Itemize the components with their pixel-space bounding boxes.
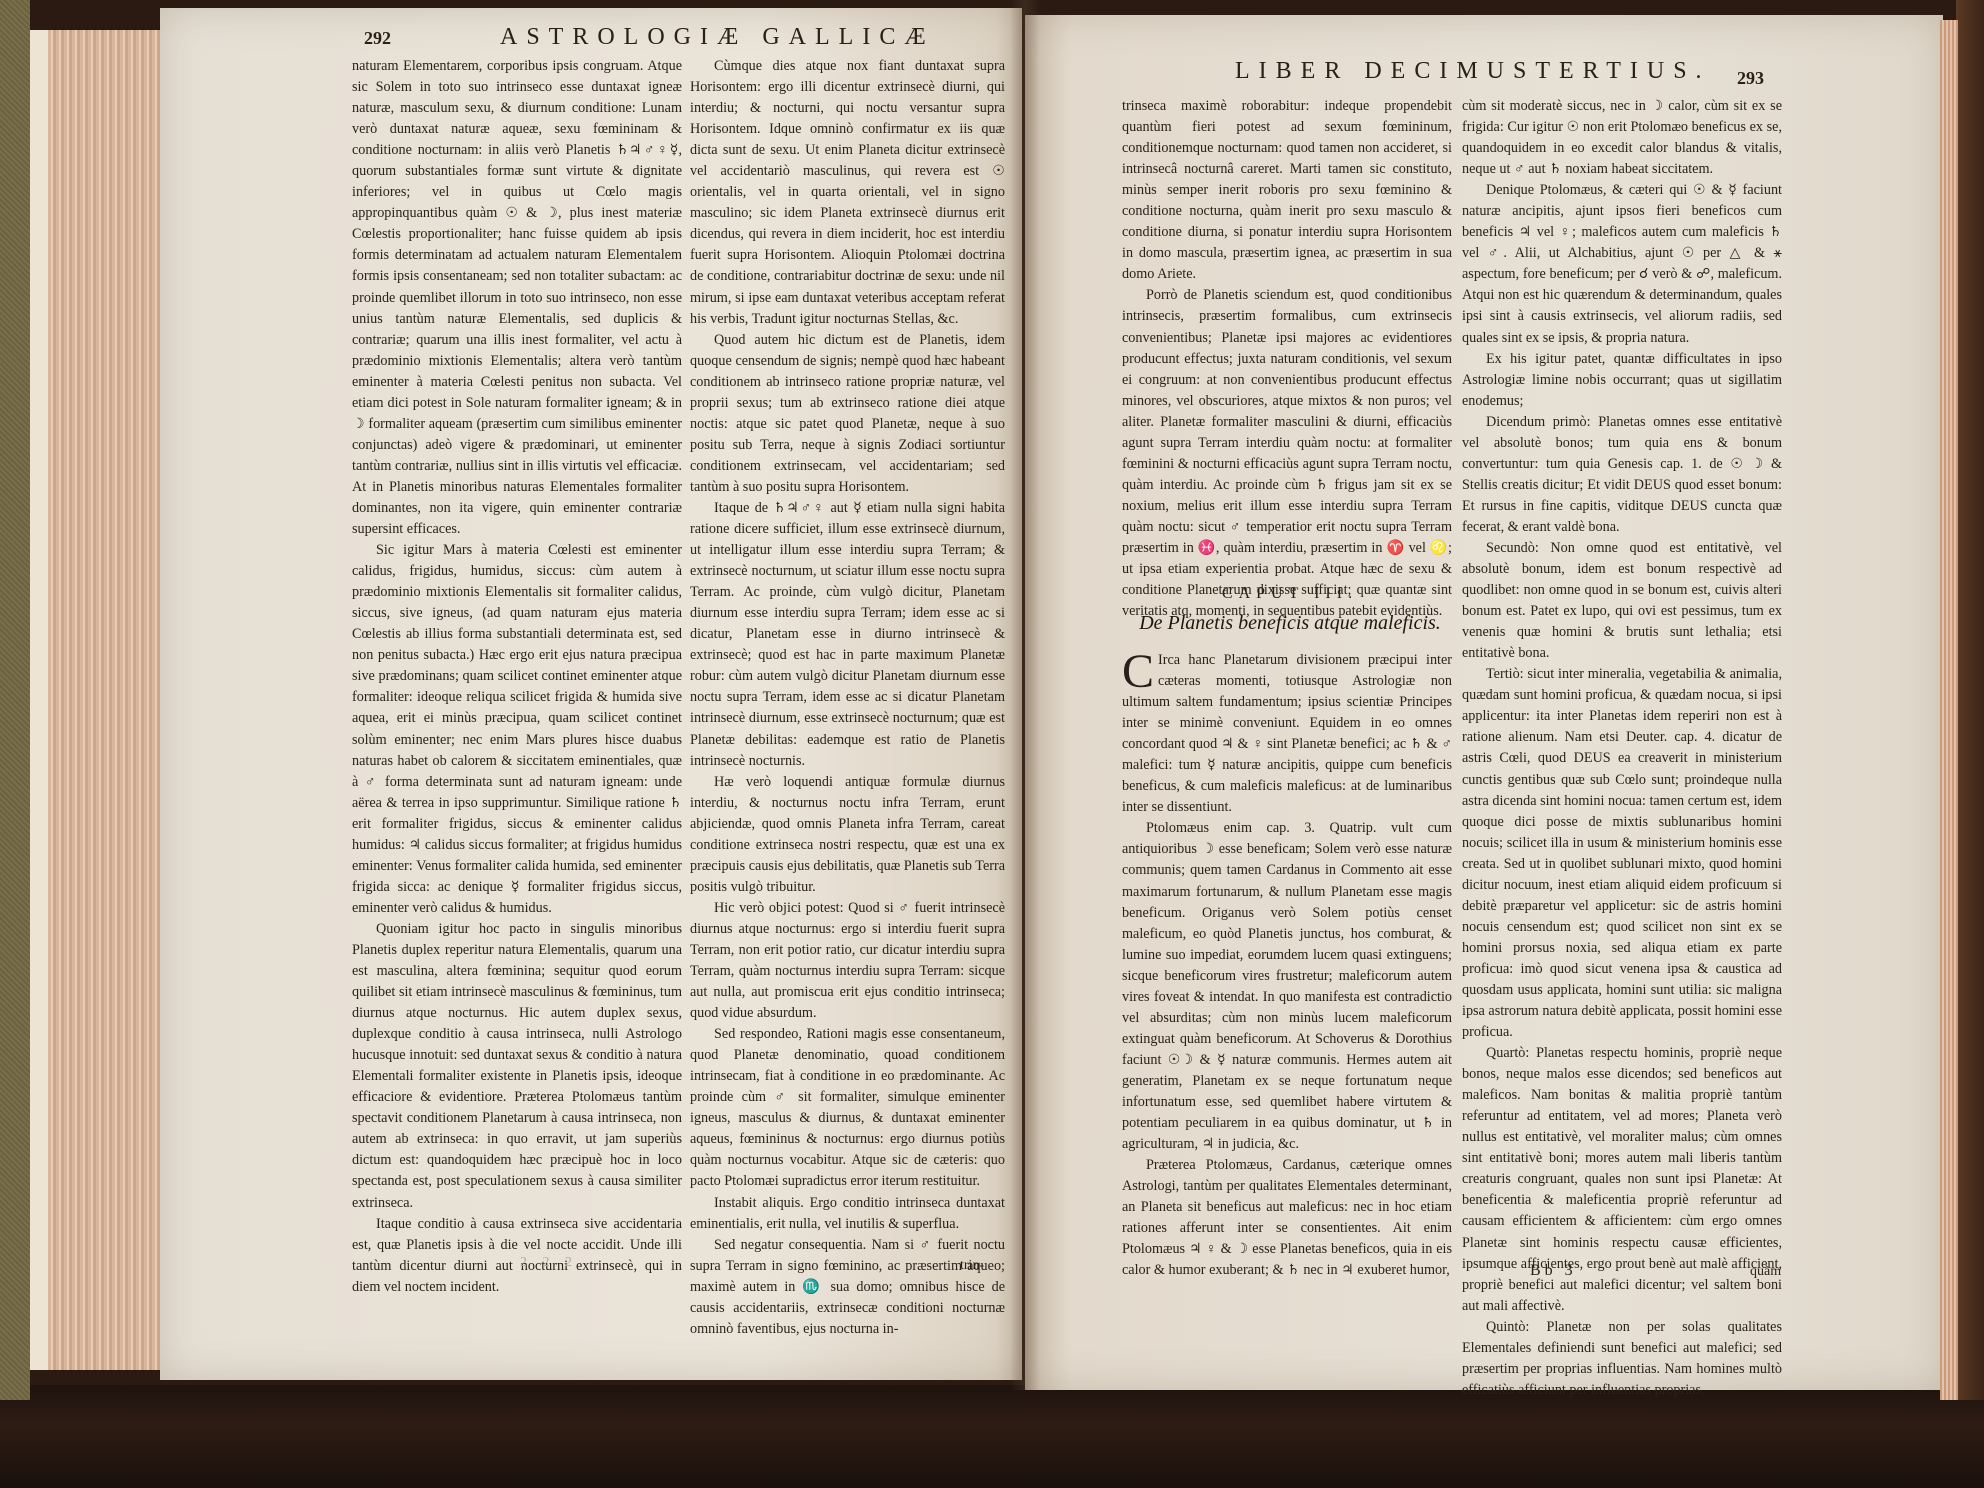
bleed-through-mark: 2 2 2 bbox=[520, 1255, 578, 1271]
paragraph: Secundò: Non omne quod est entitativè, v… bbox=[1462, 538, 1782, 664]
drop-cap: C bbox=[1122, 652, 1154, 692]
signature-mark: Bb 3 bbox=[1530, 1262, 1577, 1280]
book-cover-edge bbox=[1956, 0, 1984, 1400]
paragraph: Quoniam igitur hoc pacto in singulis min… bbox=[352, 919, 682, 1214]
paragraph: Hæ verò loquendi antiquæ formulæ diurnus… bbox=[690, 772, 1005, 898]
catchword-right: quàm bbox=[1750, 1264, 1781, 1280]
left-page-column-2: Cùmque dies atque nox fiant duntaxat sup… bbox=[690, 56, 1005, 1340]
paragraph: Quartò: Planetas respectu hominis, propr… bbox=[1462, 1043, 1782, 1317]
right-page-column-2: cùm sit moderatè siccus, nec in ☽ calor,… bbox=[1462, 96, 1782, 1401]
chapter-number: CAPUT III. bbox=[1120, 585, 1460, 603]
paragraph: Hic verò objici potest: Quod si ♂ fuerit… bbox=[690, 898, 1005, 1024]
cloth-background bbox=[0, 0, 30, 1400]
paragraph: Denique Ptolomæus, & cæteri qui ☉ & ☿ fa… bbox=[1462, 180, 1782, 348]
paragraph: Quintò: Planetæ non per solas qualitates… bbox=[1462, 1317, 1782, 1401]
left-page-column-1: naturam Elementarem, corporibus ipsis co… bbox=[352, 56, 682, 1298]
right-page-column-1: trinseca maximè roborabitur: indeque pro… bbox=[1122, 96, 1452, 622]
right-page-block-edge bbox=[1940, 20, 1958, 1400]
paragraph: naturam Elementarem, corporibus ipsis co… bbox=[352, 56, 682, 540]
paragraph: Præterea Ptolomæus, Cardanus, cæterique … bbox=[1122, 1155, 1452, 1281]
paragraph: cùm sit moderatè siccus, nec in ☽ calor,… bbox=[1462, 96, 1782, 180]
book-gutter bbox=[1010, 0, 1040, 1390]
paragraph: Dicendum primò: Planetas omnes esse enti… bbox=[1462, 412, 1782, 538]
paragraph: Instabit aliquis. Ergo conditio intrinse… bbox=[690, 1193, 1005, 1235]
paragraph: Sed respondeo, Rationi magis esse consen… bbox=[690, 1024, 1005, 1192]
paragraph: Itaque de ♄♃♂♀ aut ☿ etiam nulla signi h… bbox=[690, 498, 1005, 772]
running-head-right: LIBER DECIMUSTERTIUS. bbox=[1235, 58, 1711, 85]
right-page-chapter-body: CIrca hanc Planetarum divisionem præcipu… bbox=[1122, 650, 1452, 1281]
paragraph: Ex his igitur patet, quantæ difficultate… bbox=[1462, 349, 1782, 412]
paragraph: Cùmque dies atque nox fiant duntaxat sup… bbox=[690, 56, 1005, 330]
paragraph: Sic igitur Mars à materia Cœlesti est em… bbox=[352, 540, 682, 919]
paragraph: Quod autem hic dictum est de Planetis, i… bbox=[690, 330, 1005, 498]
running-head-left: ASTROLOGIÆ GALLICÆ bbox=[500, 24, 935, 51]
catchword-left: trin- bbox=[960, 1258, 984, 1274]
paragraph: trinseca maximè roborabitur: indeque pro… bbox=[1122, 96, 1452, 285]
page-number-right: 293 bbox=[1737, 68, 1764, 89]
paragraph: Ptolomæus enim cap. 3. Quatrip. vult cum… bbox=[1122, 818, 1452, 1155]
paragraph: Sed negatur consequentia. Nam si ♂ fueri… bbox=[690, 1235, 1005, 1340]
page-number-left: 292 bbox=[364, 28, 391, 49]
paragraph: Tertiò: sicut inter mineralia, vegetabil… bbox=[1462, 664, 1782, 1043]
paragraph: Porrò de Planetis sciendum est, quod con… bbox=[1122, 285, 1452, 622]
paragraph: Irca hanc Planetarum divisionem præcipui… bbox=[1122, 652, 1452, 815]
chapter-title: De Planetis beneficis atque maleficis. bbox=[1120, 612, 1460, 635]
paragraph: Itaque conditio à causa extrinseca sive … bbox=[352, 1214, 682, 1298]
